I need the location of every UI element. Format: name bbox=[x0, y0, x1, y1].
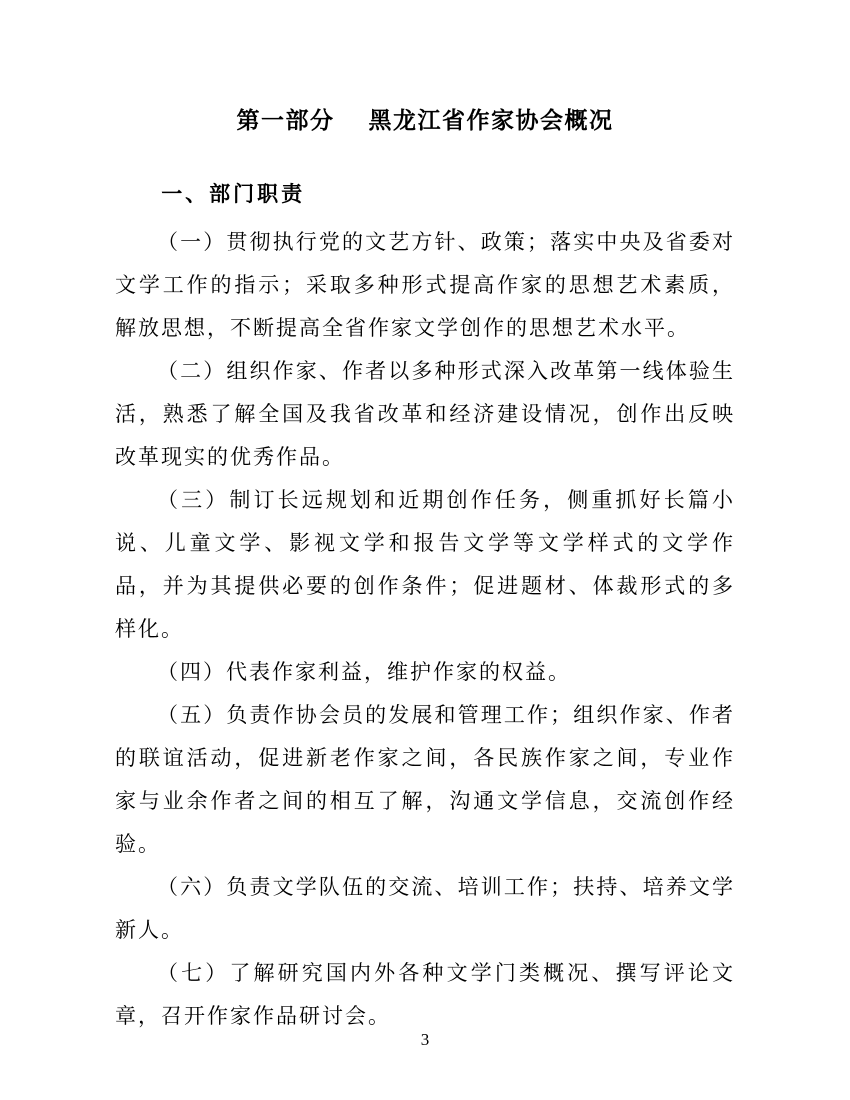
body-text: （一）贯彻执行党的文艺方针、政策；落实中央及省委对文学工作的指示；采取多种形式提… bbox=[115, 221, 735, 1038]
document-title: 第一部分黑龙江省作家协会概况 bbox=[115, 104, 735, 137]
page-number: 3 bbox=[0, 1028, 850, 1052]
paragraph: （三）制订长远规划和近期创作任务，侧重抓好长篇小说、儿童文学、影视文学和报告文学… bbox=[115, 479, 735, 651]
document-title-part2: 黑龙江省作家协会概况 bbox=[369, 107, 614, 133]
paragraph: （七）了解研究国内外各种文学门类概况、撰写评论文章，召开作家作品研讨会。 bbox=[115, 952, 735, 1038]
document-page: 第一部分黑龙江省作家协会概况 一、部门职责 （一）贯彻执行党的文艺方针、政策；落… bbox=[0, 0, 850, 1100]
paragraph: （六）负责文学队伍的交流、培训工作；扶持、培养文学新人。 bbox=[115, 866, 735, 952]
paragraph: （一）贯彻执行党的文艺方针、政策；落实中央及省委对文学工作的指示；采取多种形式提… bbox=[115, 221, 735, 350]
paragraph: （四）代表作家利益，维护作家的权益。 bbox=[115, 651, 735, 694]
document-title-part1: 第一部分 bbox=[237, 107, 335, 133]
document-content: 第一部分黑龙江省作家协会概况 一、部门职责 （一）贯彻执行党的文艺方针、政策；落… bbox=[0, 0, 850, 1038]
paragraph: （二）组织作家、作者以多种形式深入改革第一线体验生活，熟悉了解全国及我省改革和经… bbox=[115, 350, 735, 479]
paragraph: （五）负责作协会员的发展和管理工作；组织作家、作者的联谊活动，促进新老作家之间，… bbox=[115, 694, 735, 866]
section-heading: 一、部门职责 bbox=[115, 179, 735, 209]
